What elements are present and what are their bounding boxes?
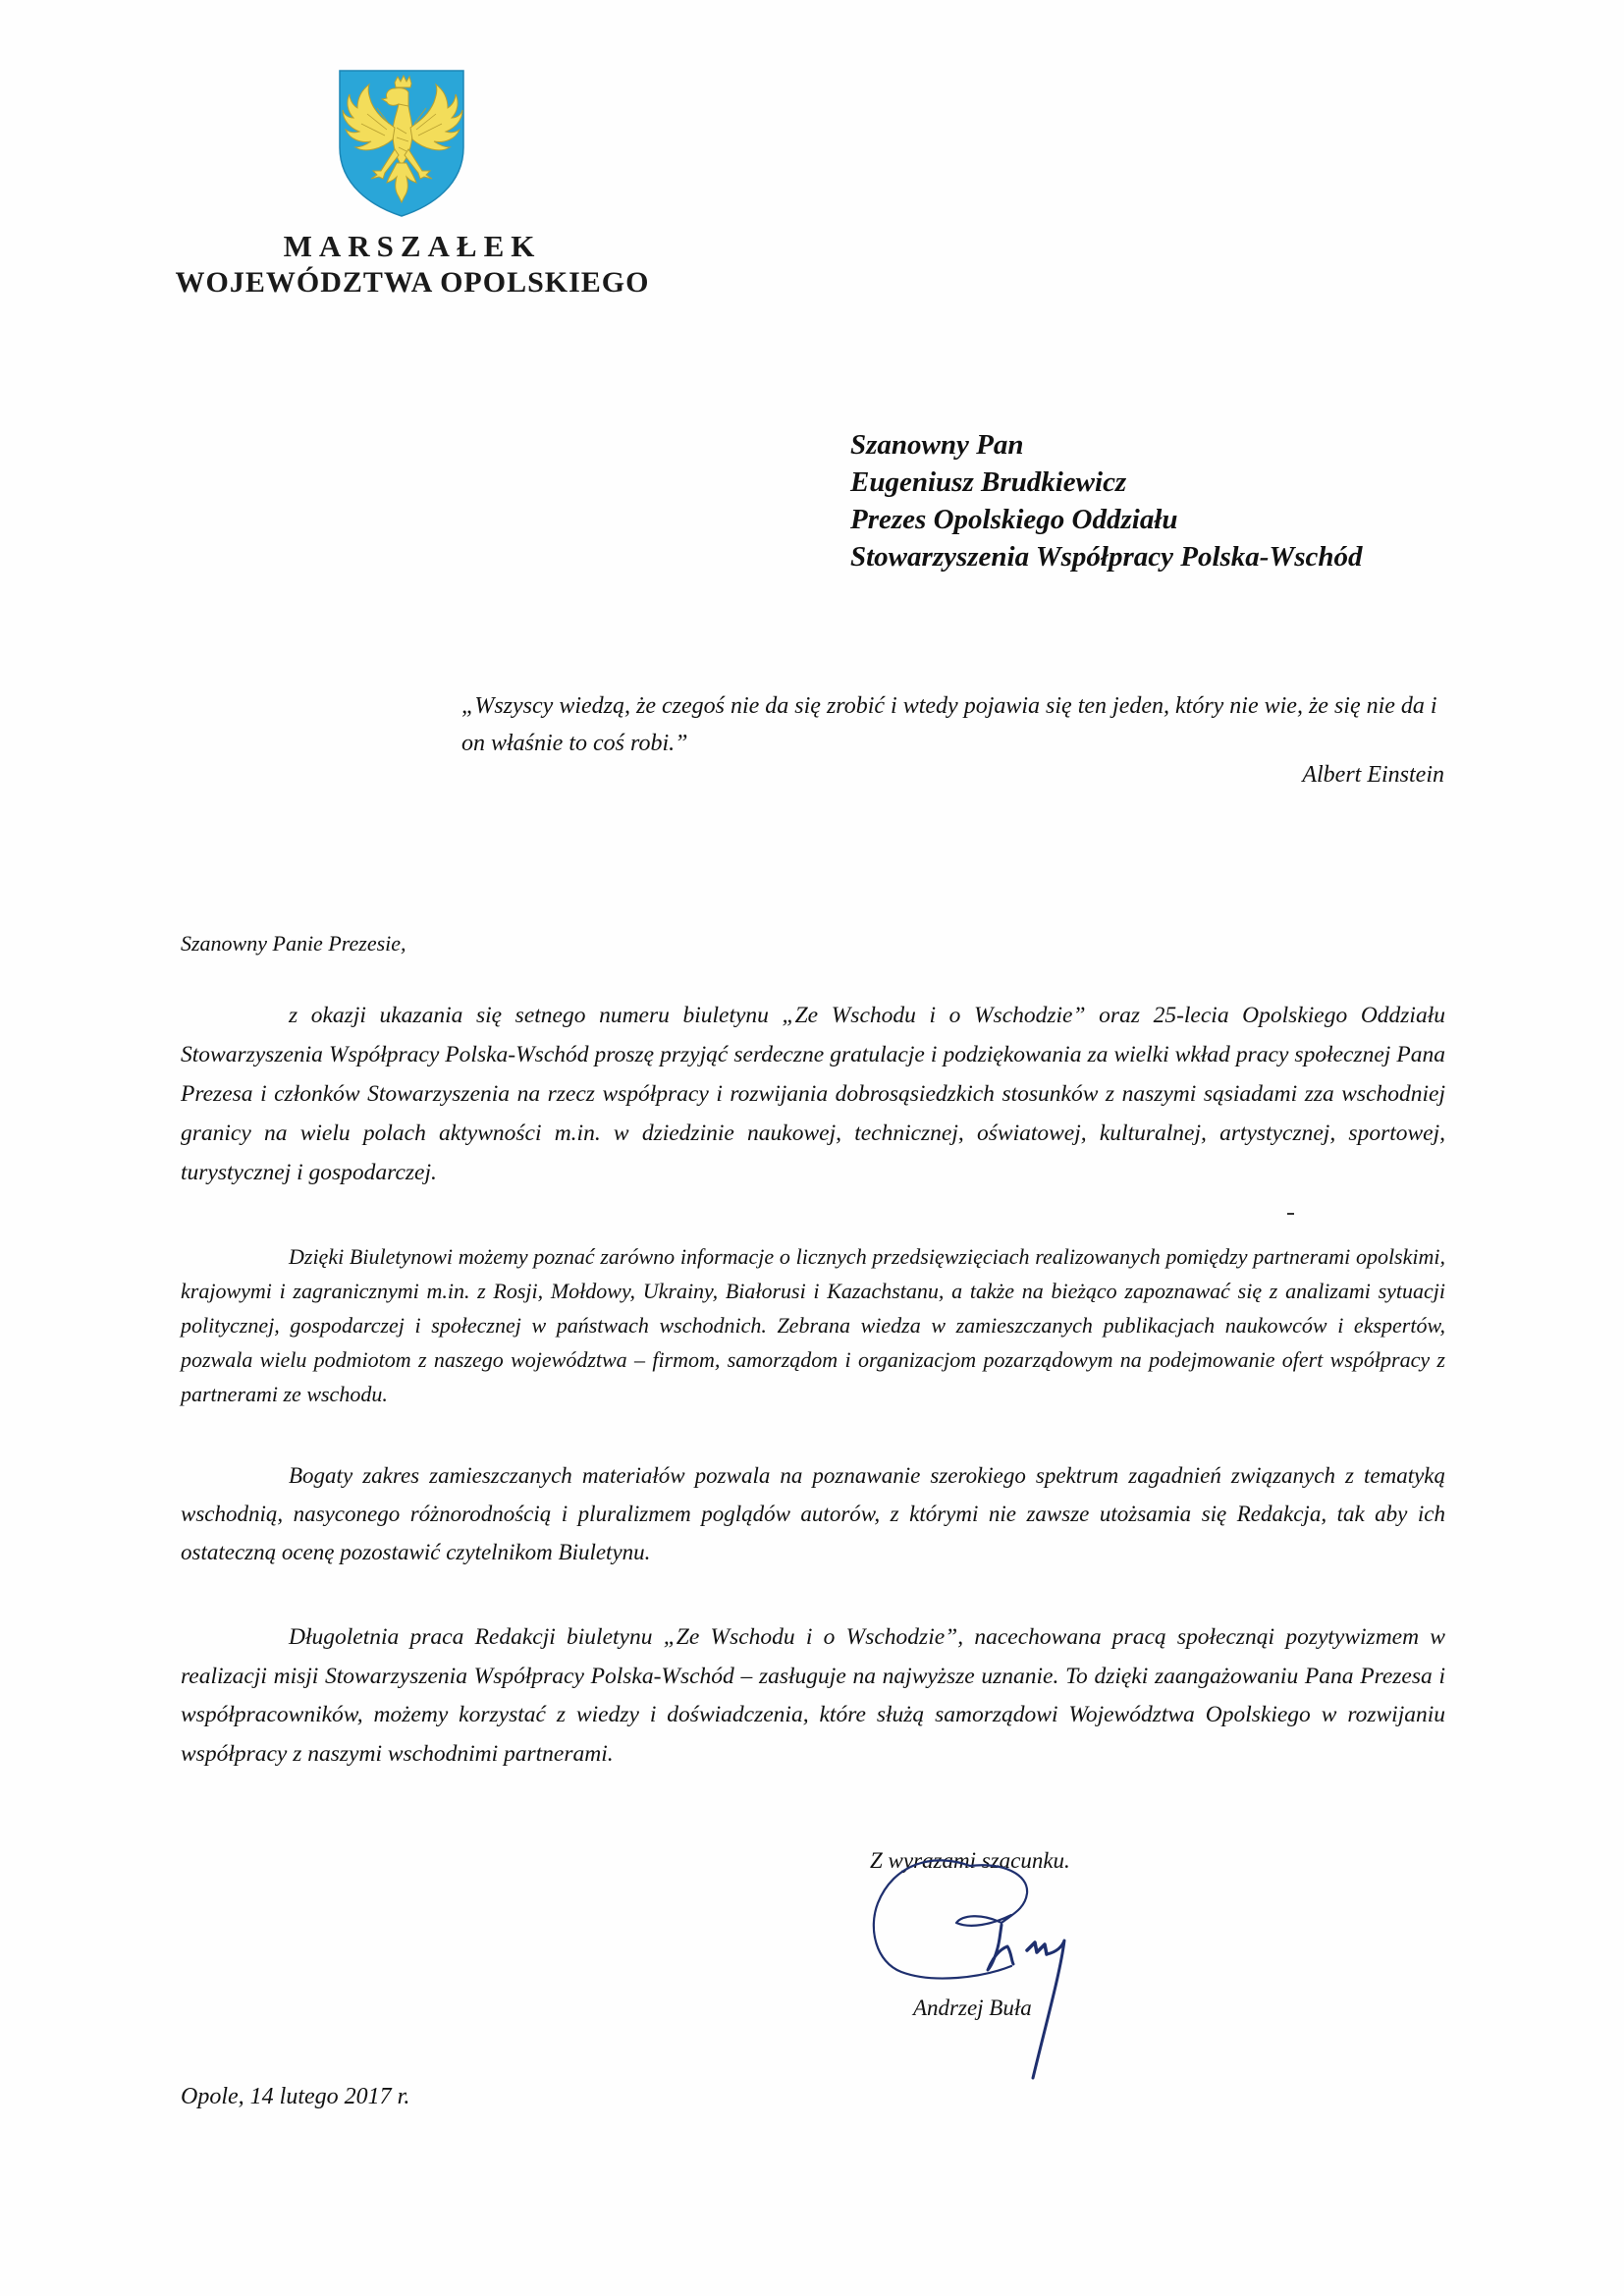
signer-name: Andrzej Buła: [913, 1995, 1032, 2021]
office-title-line2: WOJEWÓDZTWA OPOLSKIEGO: [157, 265, 668, 301]
coat-of-arms-icon: [338, 69, 465, 218]
paragraph-text: z okazji ukazania się setnego numeru biu…: [181, 996, 1445, 1192]
body-paragraph: Długoletnia praca Redakcji biuletynu „Ze…: [181, 1618, 1445, 1774]
body-paragraph: z okazji ukazania się setnego numeru biu…: [181, 996, 1445, 1192]
office-title: MARSZAŁEK WOJEWÓDZTWA OPOLSKIEGO: [157, 228, 668, 301]
recipient-address: Szanowny Pan Eugeniusz Brudkiewicz Preze…: [850, 426, 1363, 575]
salutation: Szanowny Panie Prezesie,: [181, 931, 406, 957]
paragraph-text: Dzięki Biuletynowi możemy poznać zarówno…: [181, 1239, 1445, 1411]
place-and-date: Opole, 14 lutego 2017 r.: [181, 2084, 409, 2110]
office-title-line1: MARSZAŁEK: [157, 228, 668, 265]
recipient-name: Eugeniusz Brudkiewicz: [850, 464, 1363, 501]
recipient-position: Prezes Opolskiego Oddziału: [850, 501, 1363, 538]
letter-page: MARSZAŁEK WOJEWÓDZTWA OPOLSKIEGO Szanown…: [0, 0, 1624, 2296]
epigraph-quote: „Wszyscy wiedzą, że czegoś nie da się zr…: [461, 687, 1445, 762]
scan-artifact: [1287, 1213, 1294, 1215]
recipient-organization: Stowarzyszenia Współpracy Polska-Wschód: [850, 538, 1363, 575]
paragraph-text: Długoletnia praca Redakcji biuletynu „Ze…: [181, 1618, 1445, 1774]
body-paragraph: Bogaty zakres zamieszczanych materiałów …: [181, 1456, 1445, 1571]
epigraph-author: Albert Einstein: [1302, 762, 1444, 789]
body-paragraph: Dzięki Biuletynowi możemy poznać zarówno…: [181, 1239, 1445, 1411]
handwritten-signature: [854, 1844, 1110, 2080]
recipient-greeting: Szanowny Pan: [850, 426, 1363, 464]
paragraph-text: Bogaty zakres zamieszczanych materiałów …: [181, 1456, 1445, 1571]
